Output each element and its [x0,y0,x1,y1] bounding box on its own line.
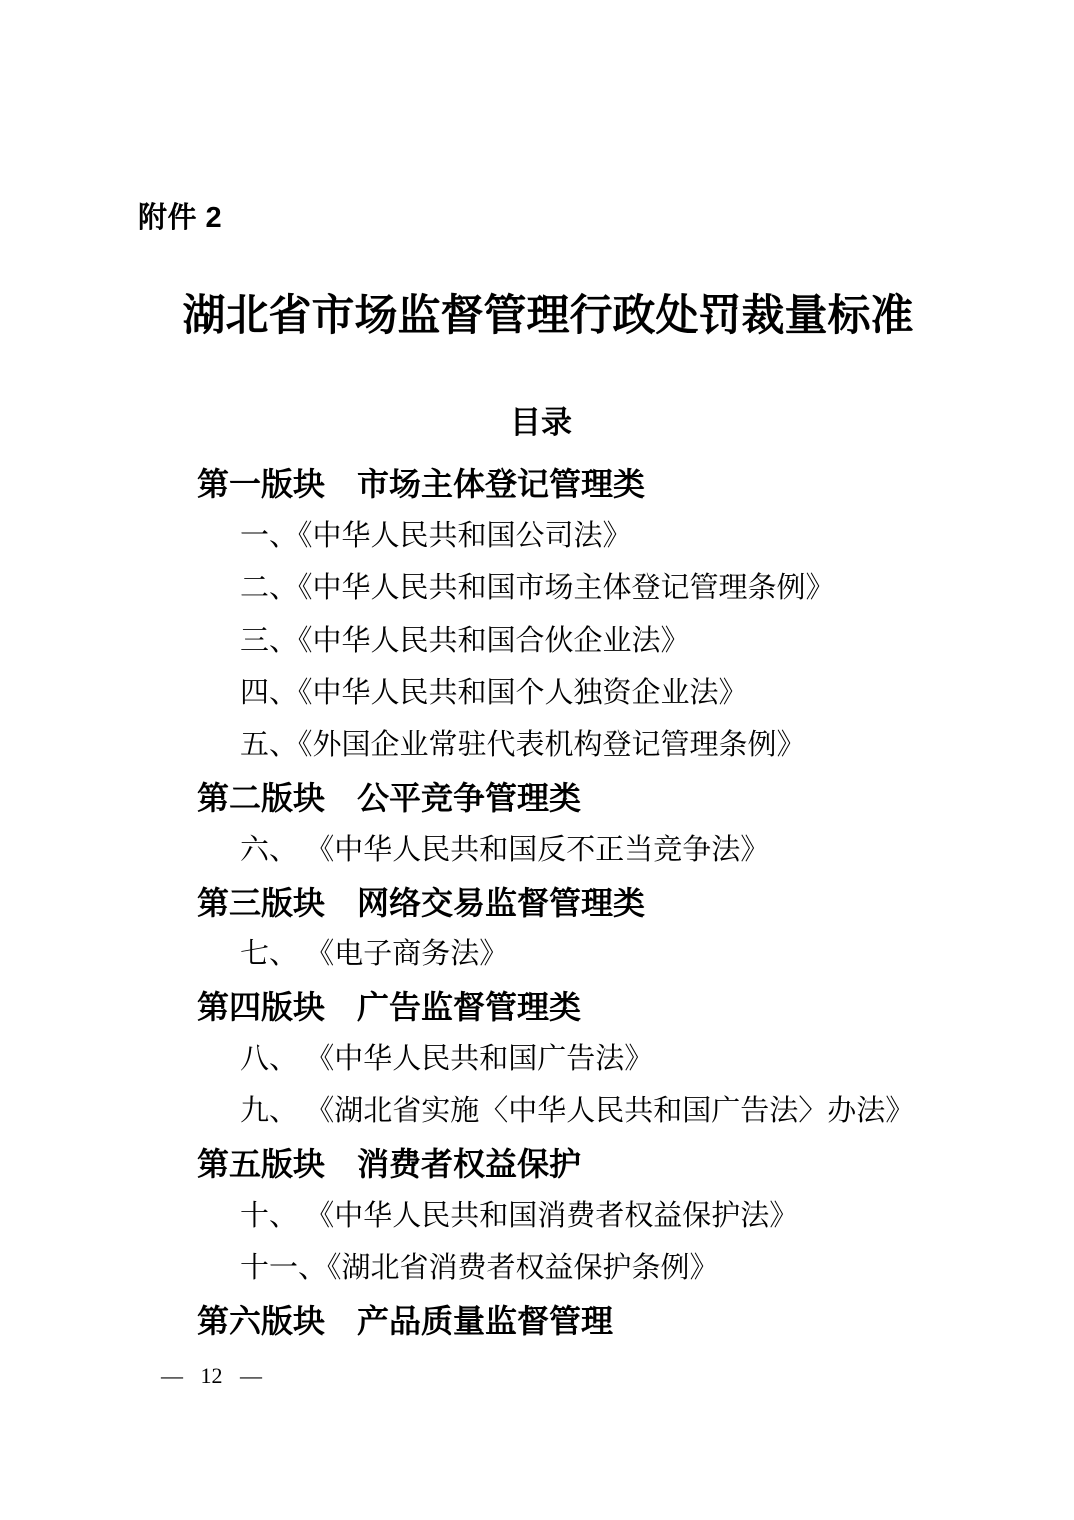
toc-item-3: 三、《中华人民共和国合伙企业法》 [0,615,1074,667]
document-page: 附件 2 湖北省市场监督管理行政处罚裁量标准 目录 第一版块 市场主体登记管理类… [0,0,1074,1520]
toc-section-heading-3: 第三版块 网络交易监督管理类 [0,876,1074,928]
toc-section-heading-4: 第四版块 广告监督管理类 [0,981,1074,1033]
toc-section-heading-6: 第六版块 产品质量监督管理 [0,1295,1074,1347]
annex-label: 附件 2 [138,200,222,236]
document-title: 湖北省市场监督管理行政处罚裁量标准 [0,290,1074,344]
toc-item-9: 九、 《湖北省实施〈中华人民共和国广告法〉办法》 [0,1086,1074,1138]
toc-section-heading-5: 第五版块 消费者权益保护 [0,1138,1074,1190]
toc-heading: 目录 [0,404,1074,443]
toc-item-11: 十一、《湖北省消费者权益保护条例》 [0,1242,1074,1294]
toc-item-6: 六、 《中华人民共和国反不正当竞争法》 [0,824,1074,876]
table-of-contents: 第一版块 市场主体登记管理类 一、《中华人民共和国公司法》 二、《中华人民共和国… [0,458,1074,1347]
toc-section-heading-1: 第一版块 市场主体登记管理类 [0,458,1074,510]
toc-item-10: 十、 《中华人民共和国消费者权益保护法》 [0,1190,1074,1242]
toc-item-1: 一、《中华人民共和国公司法》 [0,510,1074,562]
toc-item-5: 五、《外国企业常驻代表机构登记管理条例》 [0,719,1074,771]
toc-section-heading-2: 第二版块 公平竞争管理类 [0,772,1074,824]
toc-item-4: 四、《中华人民共和国个人独资企业法》 [0,667,1074,719]
page-number: — 12 — [161,1362,262,1391]
toc-item-2: 二、《中华人民共和国市场主体登记管理条例》 [0,563,1074,615]
toc-item-7: 七、 《电子商务法》 [0,929,1074,981]
toc-item-8: 八、 《中华人民共和国广告法》 [0,1033,1074,1085]
